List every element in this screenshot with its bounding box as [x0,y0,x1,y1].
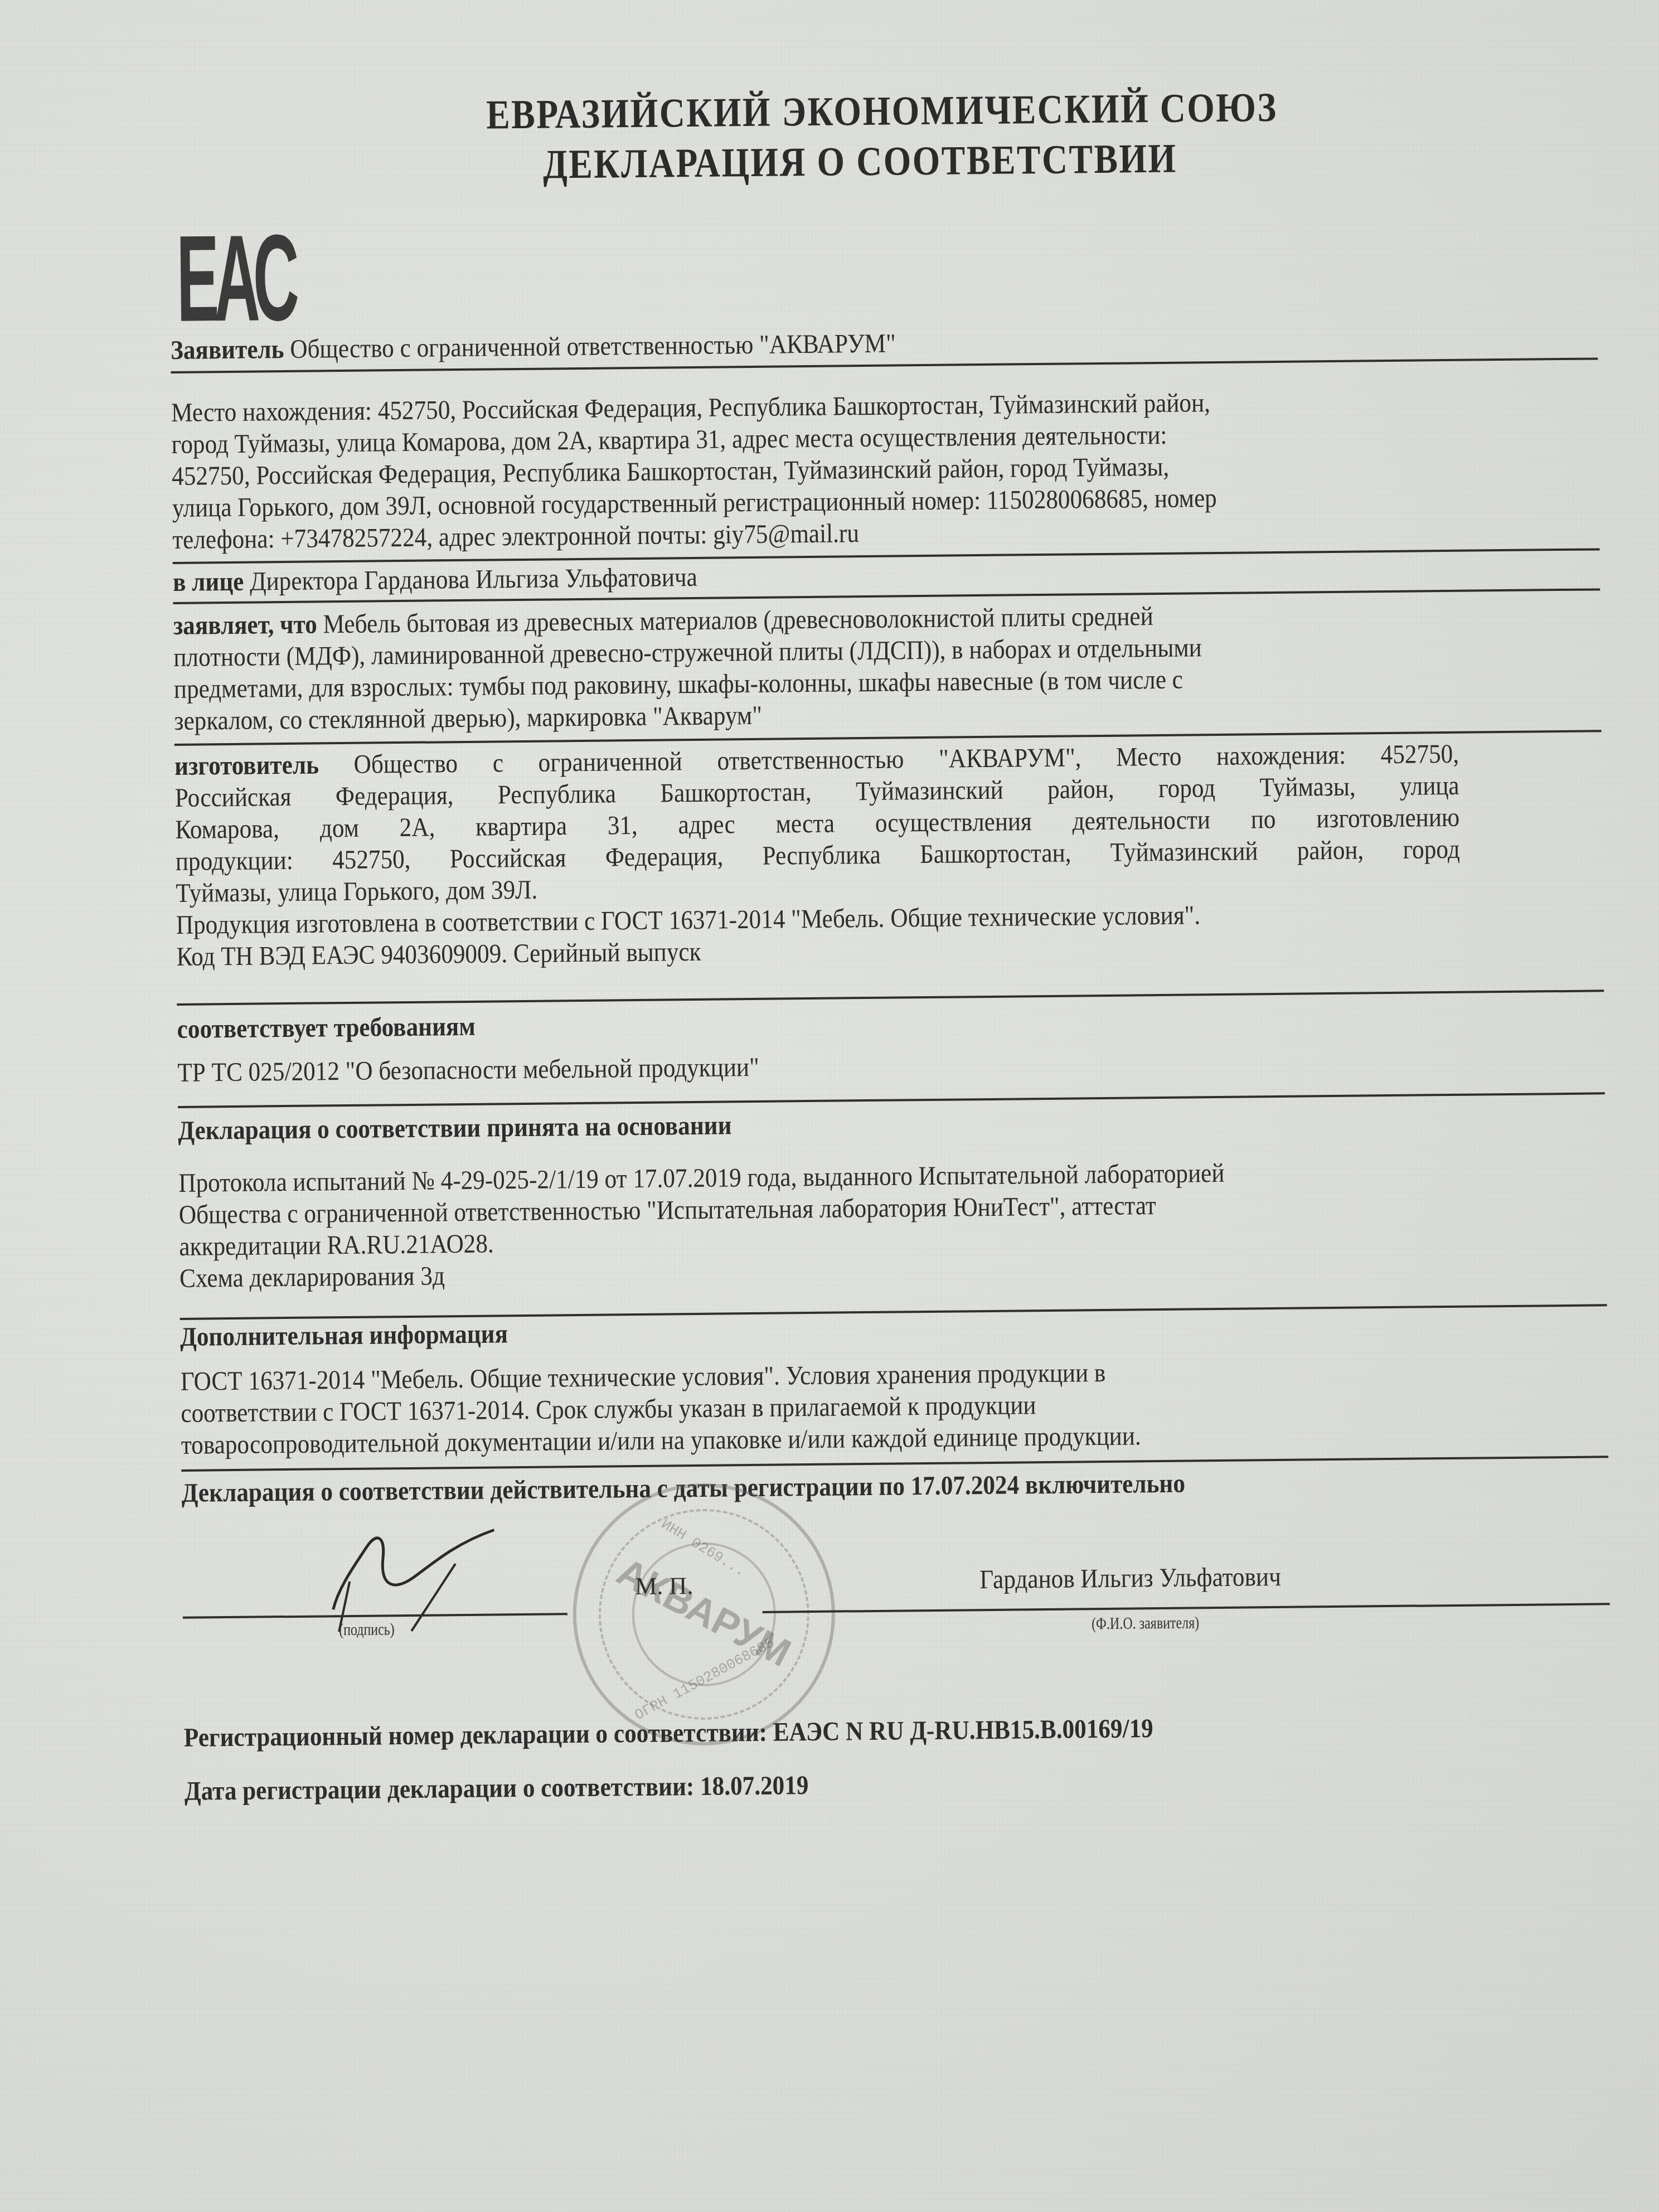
applicant-address: Место нахождения: 452750, Российская Фед… [171,385,1457,556]
applicant-full-name: Гарданов Ильгиз Ульфатович [979,1561,1281,1595]
registration-date: Дата регистрации декларации о соответств… [185,1770,809,1807]
basis-section: Протокола испытаний № 4-29-025-2/1/19 от… [178,1155,1464,1294]
declares-label: заявляет, что [173,609,318,640]
declares-section: заявляет, что Мебель бытовая из древесны… [173,598,1459,737]
applicant-label: Заявитель [171,334,284,365]
stamp-place-label: М. П. [635,1571,693,1600]
company-stamp-icon: ИНН 0269... АКВАРУМ ОГРН 1150280068685 [572,1482,836,1747]
additional-info-section: ГОСТ 16371-2014 "Мебель. Общие техническ… [181,1354,1466,1461]
eac-logo-icon: ЕАС [176,222,238,334]
represented-by-label: в лице [173,567,244,597]
manufacturer-section: изготовитель Общество с ограниченной отв… [174,738,1461,973]
manufacturer-label: изготовитель [174,750,319,780]
represented-by-value: Директора Гарданова Ильгиза Ульфатовича [250,562,697,596]
signature-caption: (подпись) [339,1620,395,1639]
name-caption: (Ф.И.О. заявителя) [1092,1613,1199,1633]
applicant-value: Общество с ограниченной ответственностью… [290,328,896,363]
